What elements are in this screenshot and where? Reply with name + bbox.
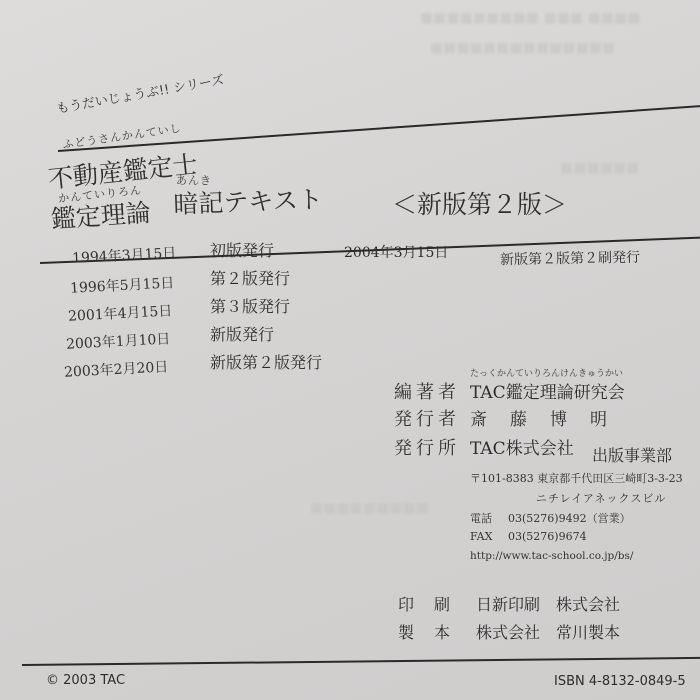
isbn: ISBN 4-8132-0849-5 [554,674,686,689]
address-line-2: ニチレイアネックスビル [536,490,666,506]
printer-name: 日新印刷 株式会社 [476,592,620,615]
history-row: 1994年3月15日 [72,242,177,267]
history-date: 2003年2月20日 [64,359,169,380]
binder-name: 株式会社 常川製本 [476,620,620,643]
tel-number: 03(5276)9492（営業） [508,510,631,526]
printer-label: 印 刷 [398,592,452,615]
office-dept: 出版事業部 [592,443,672,466]
office-label: 発行所 [394,434,460,460]
address-line-1: 〒101-8383 東京都千代田区三崎町3-3-23 [470,470,683,486]
history-date: 1994年3月15日 [72,245,177,266]
show-through-text: ■■■■■■■■■ [310,500,429,516]
binder-label: 製 本 [398,620,452,643]
publisher-label: 発行者 [394,405,460,431]
fax-number: 03(5276)9674 [508,530,587,543]
history-event: 第２版発行 [210,266,290,289]
current-printing-event: 新版第２版第２刷発行 [500,247,640,269]
history-event: 初版発行 [210,238,274,261]
tel-label: 電話 [470,510,492,526]
bottom-rule [22,657,700,666]
title-line-2b: 暗記テキスト [173,180,324,221]
copyright: © 2003 TAC [46,673,125,688]
history-date: 2001年4月15日 [68,303,173,324]
show-through-text: ■■■■■■■■■ ■■■ ■■■■ [420,10,641,26]
history-row: 2003年1月10日 [66,328,171,353]
publisher-name: 斎 藤 博 明 [470,405,610,430]
history-event: 新版第２版発行 [210,350,322,373]
history-event: 新版発行 [210,322,274,345]
show-through-text: ■■■■■■■■■■■■■■ [430,40,615,56]
history-event: 第３版発行 [210,294,290,317]
history-date: 1996年5月15日 [70,275,175,296]
series-label: もうだいじょうぶ!! シリーズ [55,69,226,117]
fax-label: FAX [470,530,492,543]
website-url: http://www.tac-school.co.jp/bs/ [470,550,633,562]
editor-name: TAC鑑定理論研究会 [470,378,625,403]
history-row: 1996年5月15日 [70,272,175,297]
show-through-text: ■■■■■■ [560,160,639,176]
edition-label: ＜新版第２版＞ [392,185,567,221]
title-line-2a: 鑑定理論 [49,193,151,236]
office-name: TAC株式会社 [470,434,574,459]
history-row: 2001年4月15日 [68,300,173,325]
current-printing-date: 2004年3月15日 [344,242,448,262]
history-date: 2003年1月10日 [66,331,171,352]
editor-label: 編著者 [394,378,460,404]
history-row: 2003年2月20日 [64,356,169,381]
